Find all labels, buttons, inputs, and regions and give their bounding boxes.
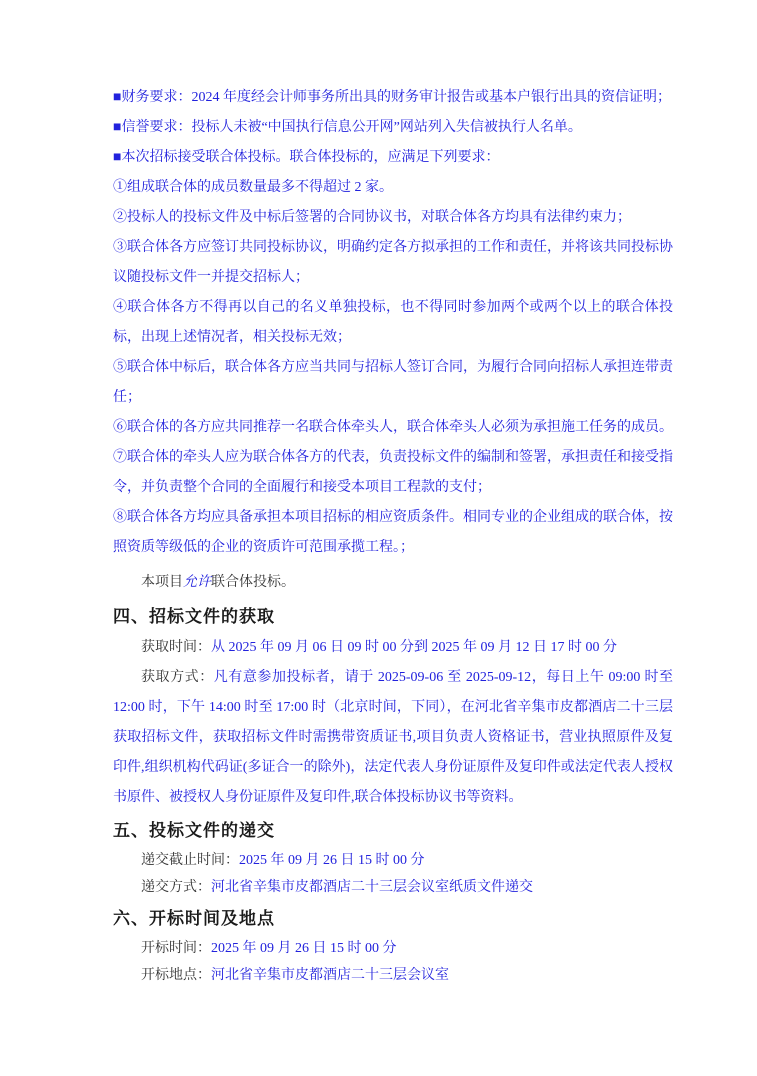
- acquisition-method-label: 获取方式：: [141, 670, 214, 685]
- credit-requirement: ■信誉要求：投标人未被“中国执行信息公开网”网站列入失信被执行人名单。: [113, 113, 673, 143]
- consortium-rule-2: ②投标人的投标文件及中标后签署的合同协议书，对联合体各方均具有法律约束力；: [113, 203, 673, 233]
- submission-deadline: 递交截止时间：2025 年 09 月 26 日 15 时 00 分: [113, 847, 673, 874]
- consortium-rule-3: ③联合体各方应签订共同投标协议，明确约定各方拟承担的工作和责任，并将该共同投标协…: [113, 233, 673, 293]
- acquisition-method: 获取方式：凡有意参加投标者，请于 2025-09-06 至 2025-09-12…: [113, 663, 673, 813]
- opening-place-value: 河北省辛集市皮都酒店二十三层会议室: [211, 968, 449, 983]
- consortium-rule-7: ⑦联合体的牵头人应为联合体各方的代表，负责投标文件的编制和签署，承担责任和接受指…: [113, 443, 673, 503]
- acquisition-time-label: 获取时间：: [141, 640, 211, 655]
- opening-time-label: 开标时间：: [141, 941, 211, 956]
- consortium-rule-1: ①组成联合体的成员数量最多不得超过 2 家。: [113, 173, 673, 203]
- opening-place: 开标地点：河北省辛集市皮都酒店二十三层会议室: [113, 962, 673, 989]
- consortium-rule-6: ⑥联合体的各方应共同推荐一名联合体牵头人，联合体牵头人必须为承担施工任务的成员。: [113, 413, 673, 443]
- consortium-bid-intro: ■本次招标接受联合体投标。联合体投标的，应满足下列要求：: [113, 143, 673, 173]
- section-document-acquisition: 四、招标文件的获取 获取时间：从 2025 年 09 月 06 日 09 时 0…: [113, 601, 673, 813]
- acquisition-time: 获取时间：从 2025 年 09 月 06 日 09 时 00 分到 2025 …: [113, 633, 673, 663]
- section-bid-opening: 六、开标时间及地点 开标时间：2025 年 09 月 26 日 15 时 00 …: [113, 903, 673, 989]
- consortium-rule-4: ④联合体各方不得再以自己的名义单独投标，也不得同时参加两个或两个以上的联合体投标…: [113, 293, 673, 353]
- finance-requirement: ■财务要求：2024 年度经会计师事务所出具的财务审计报告或基本户银行出具的资信…: [113, 83, 673, 113]
- opening-time-value: 2025 年 09 月 26 日 15 时 00 分: [211, 941, 397, 956]
- section-title-submission: 五、投标文件的递交: [113, 815, 673, 847]
- submission-method-value: 河北省辛集市皮都酒店二十三层会议室纸质文件递交: [211, 880, 533, 895]
- submission-deadline-label: 递交截止时间：: [141, 853, 239, 868]
- consortium-rule-8: ⑧联合体各方均应具备承担本项目招标的相应资质条件。相同专业的企业组成的联合体，按…: [113, 503, 673, 563]
- section-title-acquisition: 四、招标文件的获取: [113, 601, 673, 633]
- section-bid-submission: 五、投标文件的递交 递交截止时间：2025 年 09 月 26 日 15 时 0…: [113, 815, 673, 901]
- acquisition-time-value: 从 2025 年 09 月 06 日 09 时 00 分到 2025 年 09 …: [211, 640, 617, 655]
- submission-method: 递交方式：河北省辛集市皮都酒店二十三层会议室纸质文件递交: [113, 874, 673, 901]
- consortium-note: 本项目允许联合体投标。: [113, 567, 673, 599]
- acquisition-method-value: 凡有意参加投标者，请于 2025-09-06 至 2025-09-12，每日上午…: [113, 670, 673, 805]
- consortium-note-emphasis: 允许: [183, 575, 211, 590]
- opening-place-label: 开标地点：: [141, 968, 211, 983]
- consortium-rule-5: ⑤联合体中标后，联合体各方应当共同与招标人签订合同，为履行合同向招标人承担连带责…: [113, 353, 673, 413]
- document-page: ■财务要求：2024 年度经会计师事务所出具的财务审计报告或基本户银行出具的资信…: [113, 83, 673, 989]
- consortium-note-suffix: 联合体投标。: [211, 575, 295, 590]
- opening-time: 开标时间：2025 年 09 月 26 日 15 时 00 分: [113, 935, 673, 962]
- submission-method-label: 递交方式：: [141, 880, 211, 895]
- submission-deadline-value: 2025 年 09 月 26 日 15 时 00 分: [239, 853, 425, 868]
- consortium-note-prefix: 本项目: [141, 575, 183, 590]
- section-title-opening: 六、开标时间及地点: [113, 903, 673, 935]
